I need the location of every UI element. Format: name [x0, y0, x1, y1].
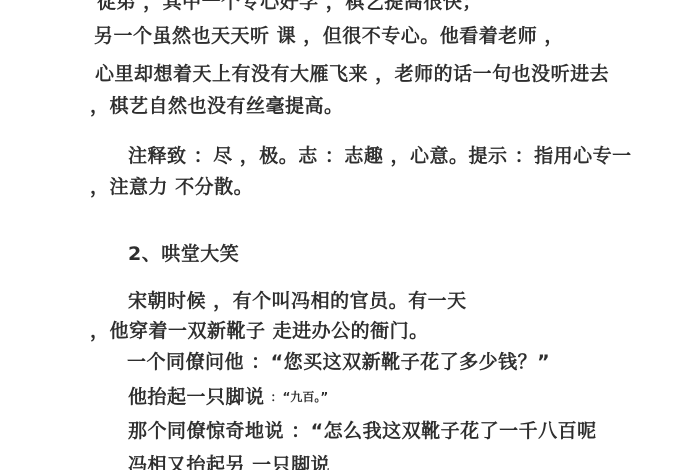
dialogue-last-line: 冯相又抬起另 一只脚说	[128, 455, 330, 470]
annotation-line-2: ，注意力 不分散。	[90, 177, 253, 199]
dialogue-answer: 他抬起一只脚说：“九百。”	[128, 387, 328, 409]
dialogue-question: 一个同僚问他 ：“您买这双新靴子花了多少钱？”	[127, 352, 550, 374]
dialogue-answer-quote: ：“九百。”	[271, 390, 329, 404]
document-page: 徒弟 ，其中一个专心好学 ，棋艺提高很快； 另一个虽然也天天听 课 ，但很不专心…	[0, 0, 700, 470]
story2-para-line-1: 宋朝时候 ，有个叫冯相的官员。有一天	[128, 291, 467, 313]
story2-title: 2、哄堂大笑	[128, 244, 239, 266]
story1-line-1: 徒弟 ，其中一个专心好学 ，棋艺提高很快；	[97, 0, 482, 14]
story1-line-3: 心里却想着天上有没有大雁飞来 ，老师的话一句也没听进去	[95, 64, 609, 86]
annotation-line-1: 注释致 ：尽 ，极。志 ：志趣 ，心意。提示 ：指用心专一	[128, 146, 632, 168]
story1-line-2: 另一个虽然也天天听 课 ，但很不专心。他看着老师 ，	[94, 26, 564, 48]
story2-para-line-2: ，他穿着一双新靴子 走进办公的衙门。	[90, 321, 429, 343]
story1-line-4: ，棋艺自然也没有丝毫提高。	[90, 96, 344, 118]
dialogue-surprise: 那个同僚惊奇地说 ：“怎么我这双靴子花了一千八百呢	[128, 421, 597, 443]
dialogue-answer-main: 他抬起一只脚说	[128, 386, 265, 408]
